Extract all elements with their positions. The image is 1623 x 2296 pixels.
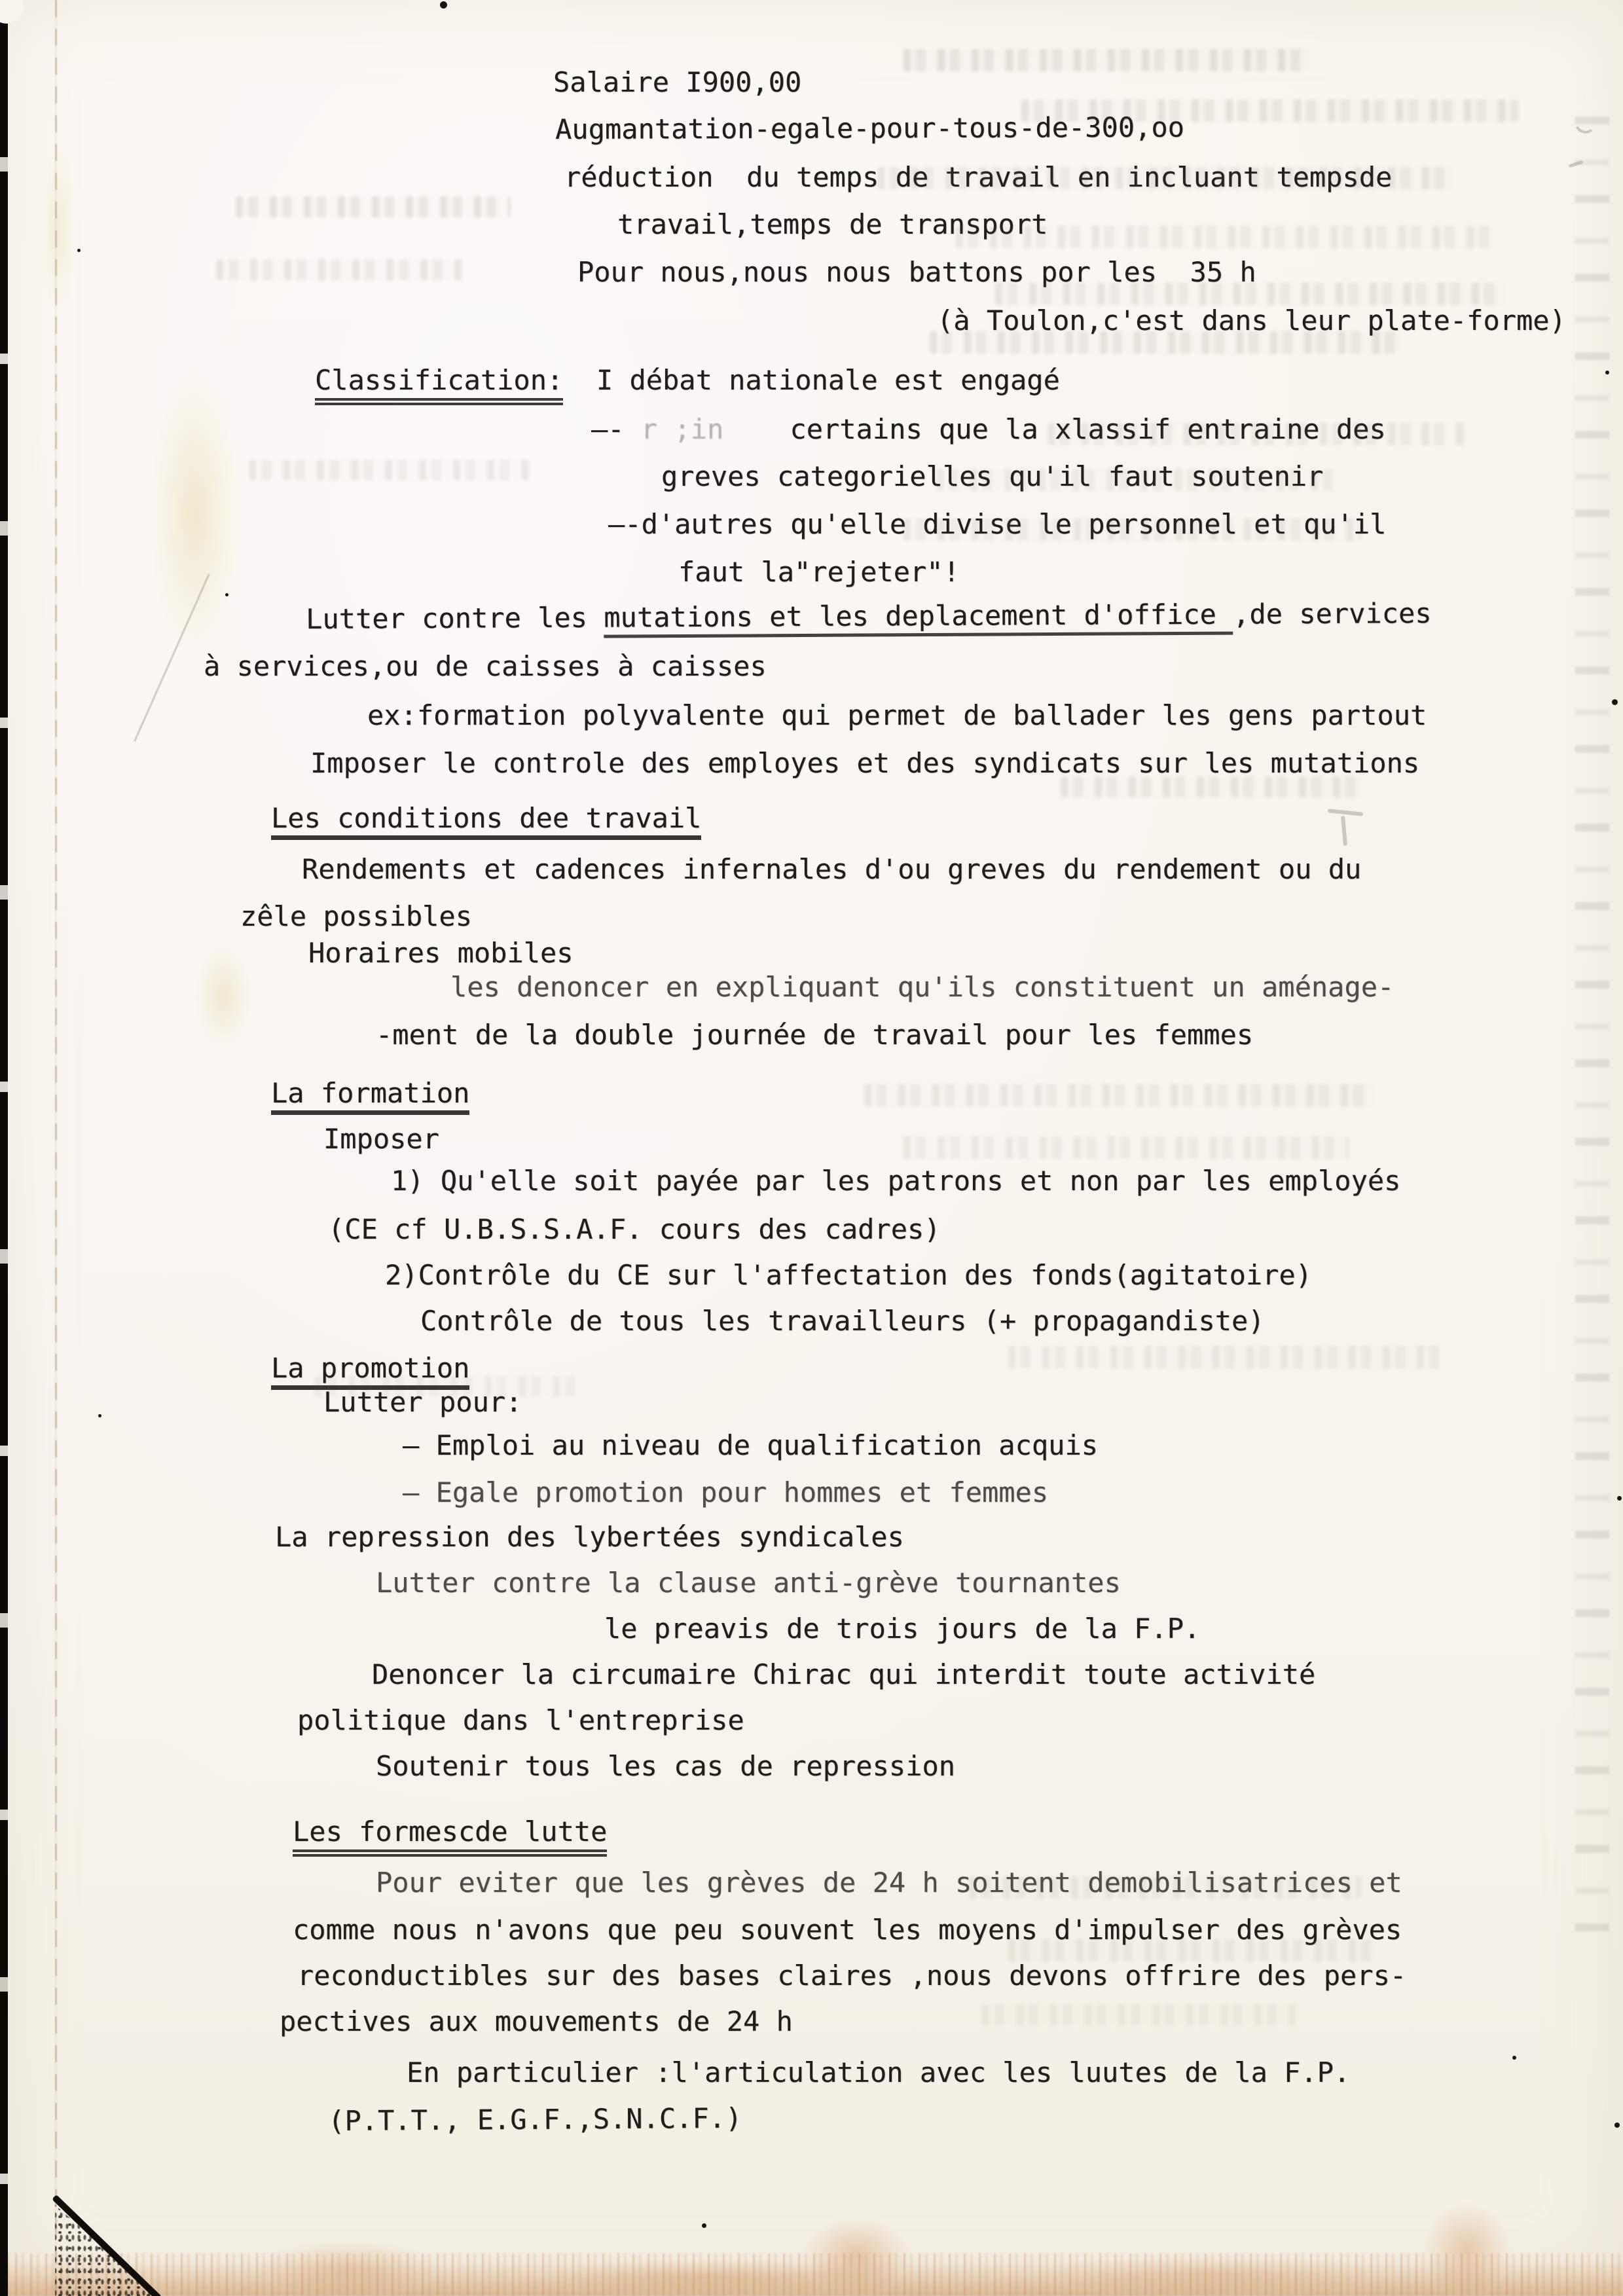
- ink-speck: [1617, 1496, 1622, 1501]
- text-line: 1) Qu'elle soit payée par les patrons et…: [391, 1163, 1400, 1199]
- text-line: -ment de la double journée de travail po…: [376, 1017, 1253, 1053]
- text-segment: I débat nationale est engagé: [563, 364, 1060, 396]
- underlined-text-segment: Les conditions dee travail: [271, 802, 701, 840]
- text-segment: Lutter contre la clause anti-grève tourn…: [376, 1567, 1121, 1599]
- underlined-text-segment: mutations et les deplacement d'office: [604, 598, 1233, 638]
- paper-crease-line: [55, 0, 57, 2296]
- bleedthrough-ghost-text: [249, 460, 530, 481]
- text-line: comme nous n'avons que peu souvent les m…: [293, 1912, 1402, 1948]
- text-line: Horaires mobiles: [308, 935, 574, 971]
- text-segment: (à Toulon,c'est dans leur plate-forme): [937, 304, 1566, 337]
- text-line: La promotion: [271, 1350, 469, 1386]
- yellow-stain: [149, 371, 241, 659]
- text-segment: r ;in: [641, 413, 723, 445]
- text-line: Lutter contre la clause anti-grève tourn…: [376, 1565, 1121, 1601]
- bleedthrough-ghost-text: [982, 2005, 1296, 2026]
- text-segment: Lutter pour:: [323, 1386, 522, 1418]
- text-line: Classification: I débat nationale est en…: [315, 362, 1060, 398]
- text-segment: travail,temps de transport: [617, 208, 1048, 240]
- ink-speck: [77, 249, 81, 252]
- text-line: greves categorielles qu'il faut soutenir: [661, 458, 1323, 494]
- bleedthrough-margin-column: [1575, 111, 1609, 1931]
- text-line: Imposer: [323, 1121, 439, 1157]
- yellow-stain: [39, 144, 79, 314]
- rounded-page-corner: [0, 0, 24, 24]
- text-line: (à Toulon,c'est dans leur plate-forme): [937, 302, 1566, 338]
- text-segment: Imposer: [323, 1123, 439, 1155]
- bleedthrough-ghost-text: [1008, 1346, 1440, 1368]
- bleedthrough-ghost-text: [903, 1137, 1349, 1159]
- pencil-mark: [1328, 809, 1363, 816]
- text-segment: à services,ou de caisses à caisses: [204, 650, 767, 682]
- text-segment: Imposer le controle des employes et des …: [310, 747, 1419, 779]
- pencil-mark: [1341, 816, 1347, 846]
- text-segment: Pour eviter que les grèves de 24 h soite…: [376, 1867, 1402, 1899]
- pencil-mark: [1569, 160, 1583, 168]
- text-line: La repression des lybertées syndicales: [275, 1519, 904, 1555]
- text-line: Lutter pour:: [323, 1384, 522, 1420]
- bleedthrough-ghost-text: [903, 49, 1309, 71]
- text-segment: réduction du temps de travail en incluan…: [564, 161, 1392, 193]
- scan-canvas: { "page": { "paper_color": "#f7f4ed", "i…: [0, 0, 1623, 2296]
- text-line: Lutter contre les mutations et les depla…: [306, 595, 1432, 637]
- text-segment: Salaire I900,00: [553, 66, 801, 98]
- text-segment: Rendements et cadences infernales d'ou g…: [302, 853, 1361, 885]
- underlined-text-segment: Les formescde lutte: [293, 1815, 607, 1857]
- text-segment: —-: [591, 413, 641, 445]
- text-segment: reconductibles sur des bases claires ,no…: [297, 1959, 1406, 1992]
- text-segment: — Emploi au niveau de qualification acqu…: [403, 1429, 1098, 1461]
- bleedthrough-ghost-text: [216, 259, 465, 280]
- text-line: reconductibles sur des bases claires ,no…: [297, 1958, 1406, 1994]
- text-line: Salaire I900,00: [553, 64, 801, 100]
- text-segment: (CE cf U.B.S.S.A.F. cours des cadres): [328, 1213, 941, 1245]
- text-line: Pour eviter que les grèves de 24 h soite…: [376, 1865, 1402, 1901]
- scanner-edge-strip: [0, 0, 8, 2296]
- text-segment: —-d'autres qu'elle divise le personnel e…: [608, 508, 1386, 540]
- text-line: le preavis de trois jours de la F.P.: [604, 1611, 1200, 1647]
- scanned-document-page: Salaire I900,00Augmantation-egale-pour-t…: [0, 0, 1623, 2296]
- text-line: à services,ou de caisses à caisses: [204, 648, 767, 684]
- text-segment: (P.T.T., E.G.F.,S.N.C.F.): [328, 2102, 742, 2137]
- text-line: travail,temps de transport: [617, 206, 1048, 242]
- text-segment: Soutenir tous les cas de repression: [376, 1750, 955, 1782]
- ink-speck: [1614, 2123, 1620, 2128]
- text-line: Imposer le controle des employes et des …: [310, 745, 1419, 781]
- text-line: — Emploi au niveau de qualification acqu…: [403, 1427, 1098, 1463]
- text-segment: Denoncer la circumaire Chirac qui interd…: [372, 1658, 1315, 1690]
- text-segment: La repression des lybertées syndicales: [275, 1521, 904, 1553]
- text-segment: ,de services: [1233, 597, 1432, 630]
- text-segment: faut la"rejeter"!: [678, 556, 960, 588]
- text-line: —-d'autres qu'elle divise le personnel e…: [608, 506, 1386, 542]
- ink-speck: [225, 593, 228, 596]
- text-line: Denoncer la circumaire Chirac qui interd…: [372, 1656, 1315, 1692]
- text-line: (CE cf U.B.S.S.A.F. cours des cadres): [328, 1211, 941, 1247]
- text-segment: 1) Qu'elle soit payée par les patrons et…: [391, 1165, 1400, 1197]
- underlined-text-segment: Classification:: [315, 364, 563, 405]
- text-line: —- r ;in certains que la xlassif entrain…: [591, 411, 1386, 447]
- text-line: — Egale promotion pour hommes et femmes: [403, 1474, 1048, 1510]
- bleedthrough-ghost-text: [864, 1084, 1375, 1106]
- text-line: Les formescde lutte: [293, 1813, 607, 1850]
- underlined-text-segment: La formation: [271, 1077, 469, 1115]
- pencil-mark: [1571, 101, 1602, 136]
- ink-speck: [440, 1, 447, 9]
- text-segment: Contrôle de tous les travailleurs (+ pro…: [420, 1305, 1265, 1337]
- bottom-stain-band: [0, 2253, 1623, 2296]
- text-line: Augmantation-egale-pour-tous-de-300,oo: [555, 109, 1184, 147]
- text-line: Soutenir tous les cas de repression: [376, 1748, 955, 1784]
- text-segment: pectives aux mouvements de 24 h: [280, 2005, 793, 2037]
- text-line: Les conditions dee travail: [271, 800, 701, 836]
- text-line: En particulier :l'articulation avec les …: [407, 2054, 1350, 2090]
- bleedthrough-ghost-text: [236, 196, 511, 217]
- text-segment: Pour nous,nous nous battons por les 35 h: [577, 256, 1256, 288]
- ink-speck: [1605, 371, 1609, 374]
- text-segment: politique dans l'entreprise: [297, 1704, 744, 1736]
- ink-speck: [1612, 699, 1618, 705]
- text-segment: greves categorielles qu'il faut soutenir: [661, 460, 1323, 492]
- text-line: pectives aux mouvements de 24 h: [280, 2003, 793, 2039]
- text-line: ex:formation polyvalente qui permet de b…: [367, 697, 1427, 733]
- ink-speck: [98, 1414, 101, 1417]
- text-segment: le preavis de trois jours de la F.P.: [604, 1613, 1200, 1645]
- ink-speck: [702, 2223, 706, 2228]
- paper-scratch-line: [134, 574, 210, 742]
- text-line: 2)Contrôle du CE sur l'affectation des f…: [385, 1257, 1312, 1293]
- text-segment: zêle possibles: [240, 900, 472, 932]
- text-line: Pour nous,nous nous battons por les 35 h: [577, 254, 1256, 290]
- text-segment: comme nous n'avons que peu souvent les m…: [293, 1914, 1402, 1946]
- ink-speck: [1512, 2056, 1516, 2060]
- text-line: La formation: [271, 1075, 469, 1111]
- text-line: Contrôle de tous les travailleurs (+ pro…: [420, 1303, 1265, 1339]
- text-line: les denoncer en expliquant qu'ils consti…: [450, 969, 1394, 1005]
- text-segment: Augmantation-egale-pour-tous-de-300,oo: [555, 111, 1184, 145]
- text-segment: 2)Contrôle du CE sur l'affectation des f…: [385, 1259, 1312, 1291]
- text-segment: les denoncer en expliquant qu'ils consti…: [450, 971, 1394, 1003]
- text-segment: Lutter contre les: [306, 602, 604, 635]
- text-line: faut la"rejeter"!: [678, 554, 960, 590]
- text-line: réduction du temps de travail en incluan…: [564, 159, 1392, 195]
- text-line: zêle possibles: [240, 898, 472, 934]
- text-line: politique dans l'entreprise: [297, 1702, 744, 1738]
- text-segment: -ment de la double journée de travail po…: [376, 1019, 1253, 1051]
- text-line: (P.T.T., E.G.F.,S.N.C.F.): [328, 2100, 742, 2139]
- text-segment: Horaires mobiles: [308, 937, 574, 969]
- text-segment: — Egale promotion pour hommes et femmes: [403, 1476, 1048, 1508]
- text-segment: En particulier :l'articulation avec les …: [407, 2056, 1350, 2088]
- yellow-stain: [194, 944, 253, 1049]
- text-segment: certains que la xlassif entraine des: [723, 413, 1385, 445]
- text-line: Rendements et cadences infernales d'ou g…: [302, 851, 1361, 887]
- text-segment: ex:formation polyvalente qui permet de b…: [367, 699, 1427, 731]
